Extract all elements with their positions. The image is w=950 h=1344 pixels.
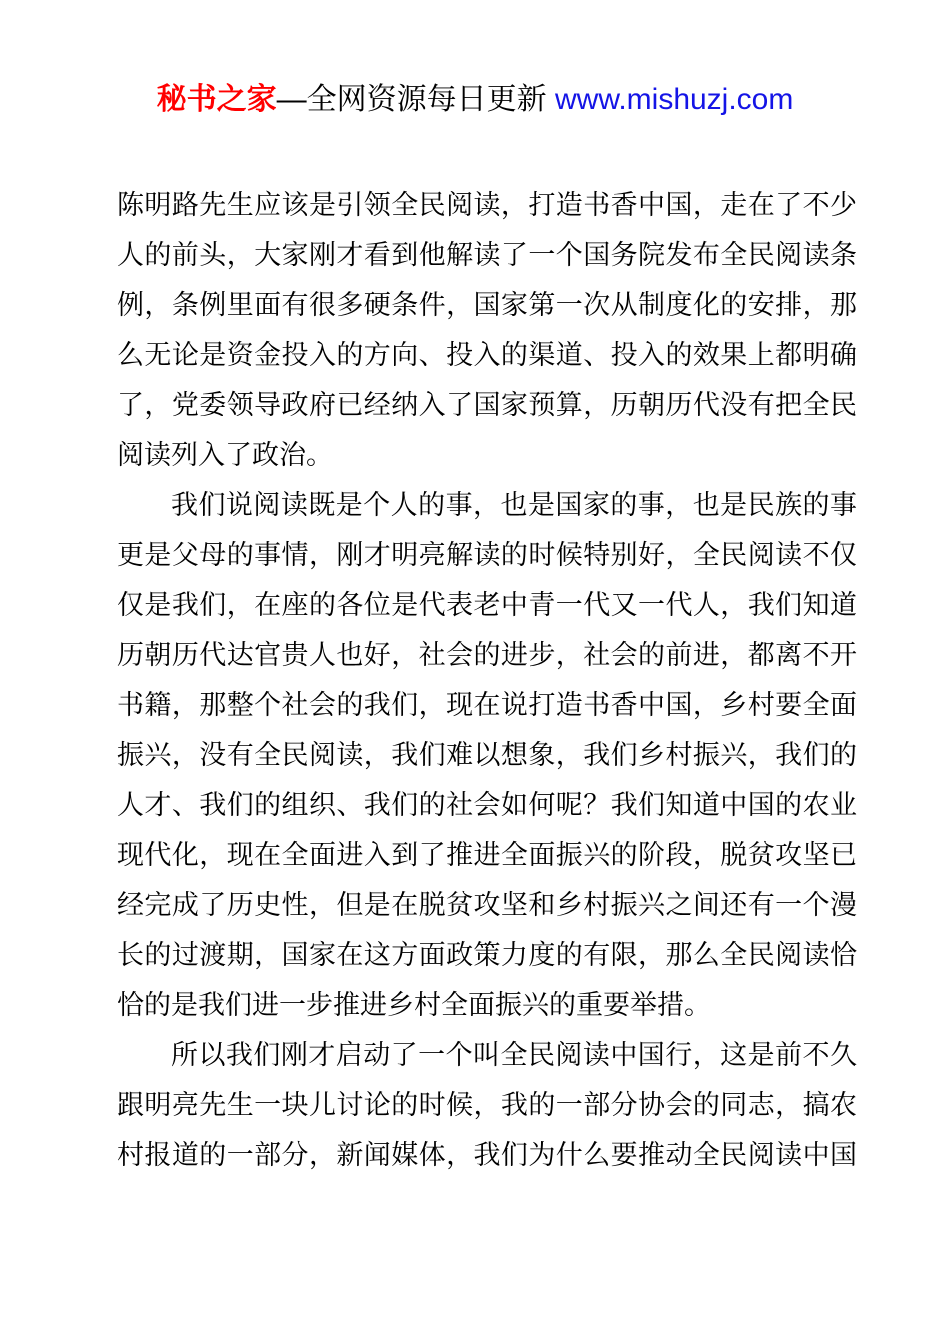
site-brand: 秘书之家 [157, 83, 277, 116]
text-line: 陈明路先生应该是引领全民阅读，打造书香中国，走在了不少 [117, 180, 857, 230]
document-page: 秘书之家—全网资源每日更新 www.mishuzj.com 陈明路先生应该是引领… [0, 0, 950, 1344]
text-line: 恰的是我们进一步推进乡村全面振兴的重要举措。 [117, 980, 857, 1030]
text-line: 长的过渡期，国家在这方面政策力度的有限，那么全民阅读恰 [117, 930, 857, 980]
text-line: 跟明亮先生一块儿讨论的时候，我的一部分协会的同志，搞农 [117, 1080, 857, 1130]
text-line: 么无论是资金投入的方向、投入的渠道、投入的效果上都明确 [117, 330, 857, 380]
text-line: 人的前头，大家刚才看到他解读了一个国务院发布全民阅读条 [117, 230, 857, 280]
text-line: 村报道的一部分，新闻媒体，我们为什么要推动全民阅读中国 [117, 1130, 857, 1180]
text-line: 书籍，那整个社会的我们，现在说打造书香中国，乡村要全面 [117, 680, 857, 730]
text-line: 仅是我们，在座的各位是代表老中青一代又一代人，我们知道 [117, 580, 857, 630]
text-line: 经完成了历史性，但是在脱贫攻坚和乡村振兴之间还有一个漫 [117, 880, 857, 930]
text-line: 我们说阅读既是个人的事，也是国家的事，也是民族的事 [117, 480, 857, 530]
text-line: 现代化，现在全面进入到了推进全面振兴的阶段，脱贫攻坚已 [117, 830, 857, 880]
text-line: 历朝历代达官贵人也好，社会的进步，社会的前进，都离不开 [117, 630, 857, 680]
text-line: 所以我们刚才启动了一个叫全民阅读中国行，这是前不久 [117, 1030, 857, 1080]
site-tagline: —全网资源每日更新 [277, 83, 555, 116]
text-line: 了，党委领导政府已经纳入了国家预算，历朝历代没有把全民 [117, 380, 857, 430]
text-line: 例，条例里面有很多硬条件，国家第一次从制度化的安排，那 [117, 280, 857, 330]
text-line: 阅读列入了政治。 [117, 430, 857, 480]
document-body: 陈明路先生应该是引领全民阅读，打造书香中国，走在了不少人的前头，大家刚才看到他解… [117, 180, 857, 1180]
text-line: 人才、我们的组织、我们的社会如何呢？我们知道中国的农业 [117, 780, 857, 830]
text-line: 振兴，没有全民阅读，我们难以想象，我们乡村振兴，我们的 [117, 730, 857, 780]
page-header: 秘书之家—全网资源每日更新 www.mishuzj.com [0, 80, 950, 120]
text-line: 更是父母的事情，刚才明亮解读的时候特别好，全民阅读不仅 [117, 530, 857, 580]
site-url-link[interactable]: www.mishuzj.com [555, 83, 793, 116]
